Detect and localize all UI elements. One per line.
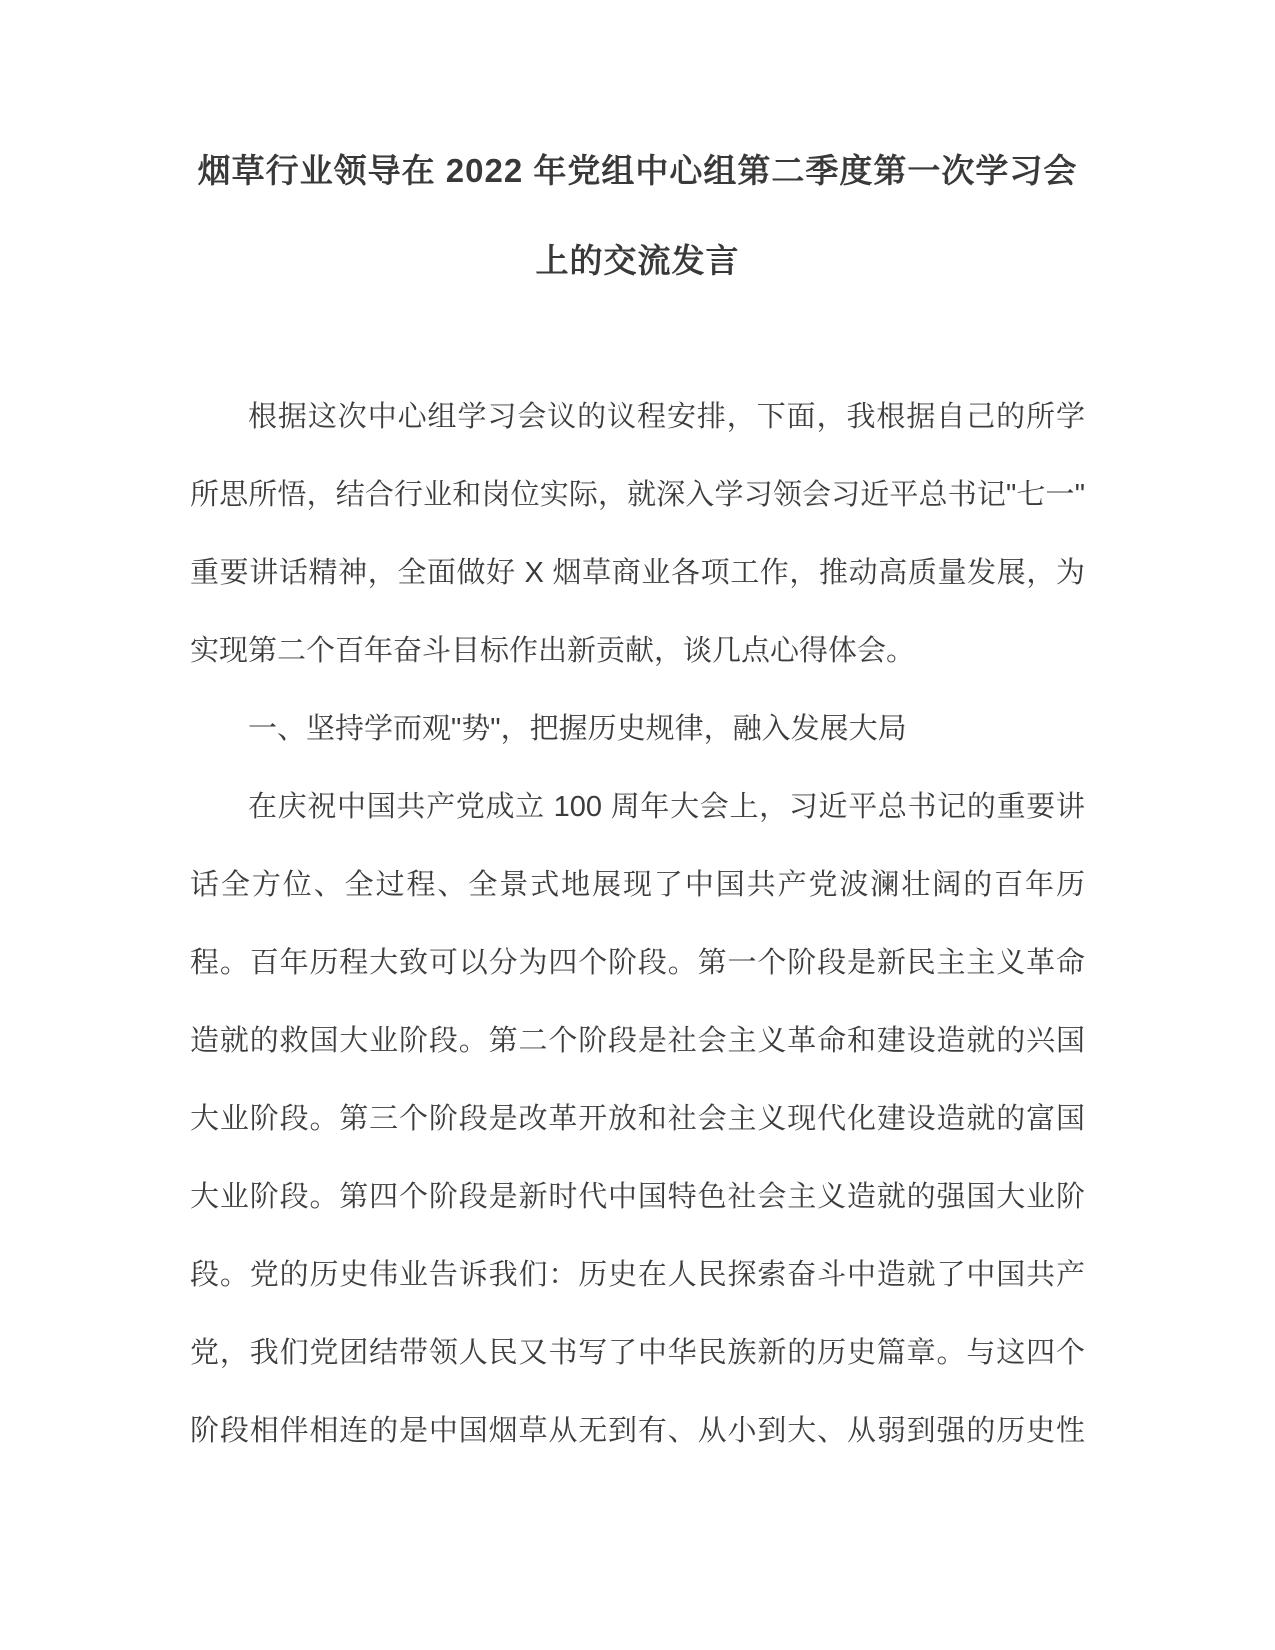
body-text-line: 段。党的历史伟业告诉我们：历史在人民探索奋斗中造就了中国共产 [190,1236,1085,1314]
document-page: 烟草行业领导在 2022 年党组中心组第二季度第一次学习会 上的交流发言 根据这… [0,0,1275,1650]
body-text-line: 在庆祝中国共产党成立 100 周年大会上，习近平总书记的重要讲 [190,768,1085,846]
body-text-line: 所思所悟，结合行业和岗位实际，就深入学习领会习近平总书记"七一" [190,456,1085,534]
document-title-line-1: 烟草行业领导在 2022 年党组中心组第二季度第一次学习会 [120,126,1155,216]
document-body: 根据这次中心组学习会议的议程安排，下面，我根据自己的所学所思所悟，结合行业和岗位… [190,378,1085,1470]
section-heading-line: 一、坚持学而观"势"，把握历史规律，融入发展大局 [190,690,1085,768]
body-text-line: 大业阶段。第四个阶段是新时代中国特色社会主义造就的强国大业阶 [190,1158,1085,1236]
body-text-line: 大业阶段。第三个阶段是改革开放和社会主义现代化建设造就的富国 [190,1080,1085,1158]
body-text-line: 实现第二个百年奋斗目标作出新贡献，谈几点心得体会。 [190,612,1085,690]
body-text-line: 党，我们党团结带领人民又书写了中华民族新的历史篇章。与这四个 [190,1314,1085,1392]
body-text-line: 程。百年历程大致可以分为四个阶段。第一个阶段是新民主主义革命 [190,924,1085,1002]
document-title: 烟草行业领导在 2022 年党组中心组第二季度第一次学习会 上的交流发言 [120,126,1155,306]
document-title-line-2: 上的交流发言 [120,216,1155,306]
body-text-line: 阶段相伴相连的是中国烟草从无到有、从小到大、从弱到强的历史性 [190,1392,1085,1470]
body-text-line: 根据这次中心组学习会议的议程安排，下面，我根据自己的所学 [190,378,1085,456]
body-text-line: 造就的救国大业阶段。第二个阶段是社会主义革命和建设造就的兴国 [190,1002,1085,1080]
body-text-line: 重要讲话精神，全面做好 X 烟草商业各项工作，推动高质量发展，为 [190,534,1085,612]
body-text-line: 话全方位、全过程、全景式地展现了中国共产党波澜壮阔的百年历 [190,846,1085,924]
